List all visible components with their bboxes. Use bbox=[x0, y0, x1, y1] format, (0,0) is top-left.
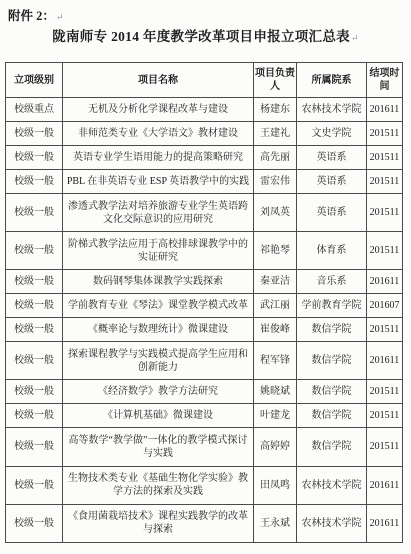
attachment-label-text: 附件 2： bbox=[8, 9, 55, 23]
cell-level: 校级一般 bbox=[6, 318, 63, 342]
cell-project-name: 数码钢琴集体课教学实践探索 bbox=[63, 270, 254, 294]
cell-department: 英语系 bbox=[297, 169, 367, 193]
table-row: 校级一般 学前教育专业《琴法》课堂教学模式改革 武江丽 学前教育学院 20160… bbox=[6, 294, 403, 318]
page-title-text: 陇南师专 2014 年度教学改革项目申报立项汇总表 bbox=[52, 29, 350, 44]
table-row: 校级一般 英语专业学生语用能力的提高策略研究 高先丽 英语系 201511 bbox=[6, 145, 403, 169]
cell-end-time: 201511 bbox=[367, 380, 403, 404]
column-header-project-name: 项目名称 bbox=[63, 63, 254, 98]
cell-department: 数信学院 bbox=[297, 428, 367, 466]
column-header-leader: 项目负责人 bbox=[254, 63, 297, 98]
cell-level: 校级重点 bbox=[6, 98, 63, 122]
table-row: 校级一般 生物技术类专业《基础生物化学实验》教学方法的探索及实践 田凤鸣 农林技… bbox=[6, 466, 403, 504]
table-row: 校级一般 《食用菌栽培技术》课程实践教学的改革与探索 王永斌 农林技术学院 20… bbox=[6, 504, 403, 542]
cell-project-name: PBL 在非英语专业 ESP 英语教学中的实践 bbox=[63, 169, 254, 193]
cell-leader: 姚晓斌 bbox=[254, 380, 297, 404]
cell-project-name: 英语专业学生语用能力的提高策略研究 bbox=[63, 145, 254, 169]
cell-end-time: 201611 bbox=[367, 98, 403, 122]
table-row: 校级一般 渗透式教学法对培养旅游专业学生英语跨文化交际意识的应用研究 刘凤英 英… bbox=[6, 193, 403, 231]
cell-department: 体育系 bbox=[297, 232, 367, 270]
cell-end-time: 201611 bbox=[367, 466, 403, 504]
cell-end-time: 201611 bbox=[367, 504, 403, 542]
cell-department: 数信学院 bbox=[297, 318, 367, 342]
cell-department: 学前教育学院 bbox=[297, 294, 367, 318]
cell-project-name: 探索课程教学与实践模式提高学生应用和创新能力 bbox=[63, 342, 254, 380]
cell-end-time: 201511 bbox=[367, 121, 403, 145]
cell-leader: 程军锋 bbox=[254, 342, 297, 380]
table-row: 校级重点 无机及分析化学课程改革与建设 杨建东 农林技术学院 201611 bbox=[6, 98, 403, 122]
column-header-level: 立项级别 bbox=[6, 63, 63, 98]
cell-level: 校级一般 bbox=[6, 428, 63, 466]
cell-department: 数信学院 bbox=[297, 404, 367, 428]
cell-leader: 王永斌 bbox=[254, 504, 297, 542]
cell-department: 数信学院 bbox=[297, 380, 367, 404]
cell-project-name: 生物技术类专业《基础生物化学实验》教学方法的探索及实践 bbox=[63, 466, 254, 504]
cell-department: 数信学院 bbox=[297, 342, 367, 380]
cell-level: 校级一般 bbox=[6, 466, 63, 504]
table-row: 校级一般 探索课程教学与实践模式提高学生应用和创新能力 程军锋 数信学院 201… bbox=[6, 342, 403, 380]
cell-leader: 高先丽 bbox=[254, 145, 297, 169]
table-row: 校级一般 高等数学“教学做”一体化的教学模式探讨与实践 高婷婷 数信学院 201… bbox=[6, 428, 403, 466]
cell-project-name: 无机及分析化学课程改革与建设 bbox=[63, 98, 254, 122]
cell-project-name: 阶梯式教学法应用于高校排球课教学中的实证研究 bbox=[63, 232, 254, 270]
cell-department: 农林技术学院 bbox=[297, 98, 367, 122]
cell-department: 文史学院 bbox=[297, 121, 367, 145]
cell-leader: 高婷婷 bbox=[254, 428, 297, 466]
cell-end-time: 201511 bbox=[367, 318, 403, 342]
cell-leader: 叶建龙 bbox=[254, 404, 297, 428]
cell-level: 校级一般 bbox=[6, 504, 63, 542]
cell-department: 英语系 bbox=[297, 145, 367, 169]
cell-leader: 田凤鸣 bbox=[254, 466, 297, 504]
table-row: 校级一般 《经济数学》教学方法研究 姚晓斌 数信学院 201511 bbox=[6, 380, 403, 404]
cell-level: 校级一般 bbox=[6, 193, 63, 231]
cell-level: 校级一般 bbox=[6, 145, 63, 169]
cell-leader: 秦亚洁 bbox=[254, 270, 297, 294]
cell-department: 音乐系 bbox=[297, 270, 367, 294]
cell-end-time: 201607 bbox=[367, 294, 403, 318]
cell-level: 校级一般 bbox=[6, 294, 63, 318]
table-row: 校级一般 《概率论与数理统计》微课建设 崔俊峰 数信学院 201511 bbox=[6, 318, 403, 342]
cell-project-name: 《概率论与数理统计》微课建设 bbox=[63, 318, 254, 342]
table-row: 校级一般 PBL 在非英语专业 ESP 英语教学中的实践 雷宏伟 英语系 201… bbox=[6, 169, 403, 193]
table-body: 校级重点 无机及分析化学课程改革与建设 杨建东 农林技术学院 201611 校级… bbox=[6, 98, 403, 543]
cell-level: 校级一般 bbox=[6, 270, 63, 294]
cell-level: 校级一般 bbox=[6, 232, 63, 270]
paragraph-return-mark: ↵ bbox=[351, 33, 359, 43]
cell-department: 农林技术学院 bbox=[297, 466, 367, 504]
cell-project-name: 《食用菌栽培技术》课程实践教学的改革与探索 bbox=[63, 504, 254, 542]
cell-leader: 刘凤英 bbox=[254, 193, 297, 231]
cell-end-time: 201611 bbox=[367, 270, 403, 294]
paragraph-return-mark: ↵ bbox=[56, 12, 64, 22]
table-row: 校级一般 数码钢琴集体课教学实践探索 秦亚洁 音乐系 201611 bbox=[6, 270, 403, 294]
cell-end-time: 201511 bbox=[367, 169, 403, 193]
cell-level: 校级一般 bbox=[6, 121, 63, 145]
cell-department: 英语系 bbox=[297, 193, 367, 231]
cell-end-time: 201511 bbox=[367, 404, 403, 428]
cell-project-name: 《计算机基础》微课建设 bbox=[63, 404, 254, 428]
cell-level: 校级一般 bbox=[6, 404, 63, 428]
cell-leader: 雷宏伟 bbox=[254, 169, 297, 193]
projects-table: 立项级别 项目名称 项目负责人 所属院系 结项时间 校级重点 无机及分析化学课程… bbox=[5, 62, 403, 543]
table-row: 校级一般 非师范类专业《大学语文》教材建设 王建礼 文史学院 201511 bbox=[6, 121, 403, 145]
cell-project-name: 《经济数学》教学方法研究 bbox=[63, 380, 254, 404]
cell-leader: 杨建东 bbox=[254, 98, 297, 122]
table-row: 校级一般 阶梯式教学法应用于高校排球课教学中的实证研究 祁艳琴 体育系 2015… bbox=[6, 232, 403, 270]
cell-end-time: 201511 bbox=[367, 428, 403, 466]
cell-level: 校级一般 bbox=[6, 380, 63, 404]
cell-level: 校级一般 bbox=[6, 169, 63, 193]
cell-project-name: 渗透式教学法对培养旅游专业学生英语跨文化交际意识的应用研究 bbox=[63, 193, 254, 231]
column-header-department: 所属院系 bbox=[297, 63, 367, 98]
page-title: 陇南师专 2014 年度教学改革项目申报立项汇总表↵ bbox=[0, 25, 411, 45]
document-page: 附件 2：↵ 陇南师专 2014 年度教学改革项目申报立项汇总表↵ 立项级别 项… bbox=[0, 0, 411, 554]
cell-project-name: 学前教育专业《琴法》课堂教学模式改革 bbox=[63, 294, 254, 318]
cell-department: 农林技术学院 bbox=[297, 504, 367, 542]
cell-leader: 祁艳琴 bbox=[254, 232, 297, 270]
cell-level: 校级一般 bbox=[6, 342, 63, 380]
cell-leader: 崔俊峰 bbox=[254, 318, 297, 342]
cell-leader: 王建礼 bbox=[254, 121, 297, 145]
attachment-label: 附件 2：↵ bbox=[8, 6, 63, 24]
table-header-row: 立项级别 项目名称 项目负责人 所属院系 结项时间 bbox=[6, 63, 403, 98]
cell-end-time: 201511 bbox=[367, 232, 403, 270]
cell-end-time: 201611 bbox=[367, 342, 403, 380]
cell-leader: 武江丽 bbox=[254, 294, 297, 318]
cell-end-time: 201511 bbox=[367, 193, 403, 231]
cell-project-name: 非师范类专业《大学语文》教材建设 bbox=[63, 121, 254, 145]
cell-project-name: 高等数学“教学做”一体化的教学模式探讨与实践 bbox=[63, 428, 254, 466]
table-row: 校级一般 《计算机基础》微课建设 叶建龙 数信学院 201511 bbox=[6, 404, 403, 428]
cell-end-time: 201511 bbox=[367, 145, 403, 169]
column-header-end-time: 结项时间 bbox=[367, 63, 403, 98]
